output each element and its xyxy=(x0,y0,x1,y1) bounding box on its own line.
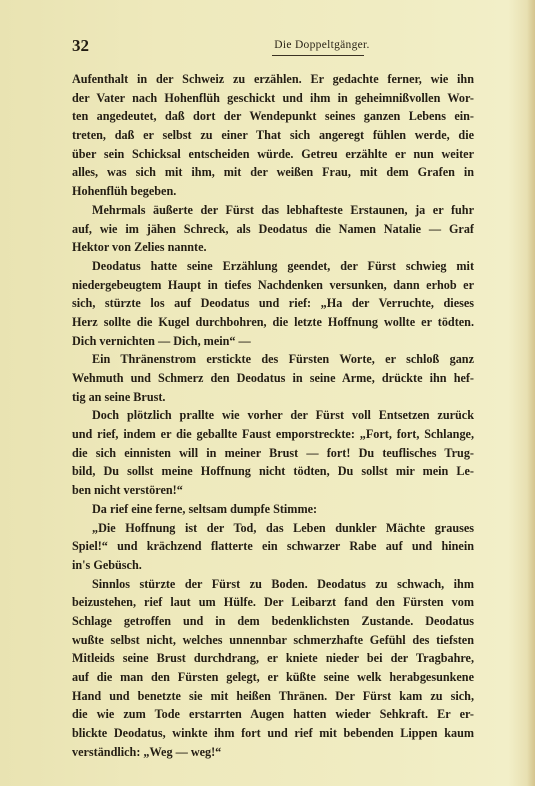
text-line: Spiel!“ und krächzend flatterte ein schw… xyxy=(72,537,474,556)
paragraph-start: „Die Hoffnung ist der Tod, das Leben dun… xyxy=(72,519,474,538)
text-line: verständlich: „Weg — weg!“ xyxy=(72,743,474,762)
text-line: bild, Du sollst meine Hoffnung nicht töd… xyxy=(72,462,474,481)
text-line: die wie zum Tode erstarrten Augen hatten… xyxy=(72,705,474,724)
title-underline xyxy=(272,55,364,56)
text-line: und rief, indem er die geballte Faust em… xyxy=(72,425,474,444)
body-text: Aufenthalt in der Schweiz zu erzählen. E… xyxy=(72,70,474,761)
text-line: beizustehen, rief laut um Hülfe. Der Lei… xyxy=(72,593,474,612)
text-line: Herz sollte die Kugel durchbohren, die l… xyxy=(72,313,474,332)
paragraph-start: Sinnlos stürzte der Fürst zu Boden. Deod… xyxy=(72,575,474,594)
page-number: 32 xyxy=(72,36,89,56)
page-header: 32 Die Doppeltgänger. xyxy=(72,36,472,58)
text-line: Hand und benetzte sie mit heißen Thränen… xyxy=(72,687,474,706)
running-title: Die Doppeltgänger. xyxy=(262,39,382,51)
paragraph-start: Deodatus hatte seine Erzählung geendet, … xyxy=(72,257,474,276)
text-line: über sein Schicksal entscheiden würde. G… xyxy=(72,145,474,164)
text-line: wußte selbst nicht, welches unnennbar sc… xyxy=(72,631,474,650)
text-line: auf, wie im jähen Schreck, als Deodatus … xyxy=(72,220,474,239)
paragraph-start: Ein Thränenstrom erstickte des Fürsten W… xyxy=(72,350,474,369)
paragraph-start: Doch plötzlich prallte wie vorher der Fü… xyxy=(72,406,474,425)
text-line: Hektor von Zelies nannte. xyxy=(72,238,474,257)
text-line: ten angedeutet, daß dort der Wendepunkt … xyxy=(72,107,474,126)
text-line: blickte Deodatus, winkte ihm fort und ri… xyxy=(72,724,474,743)
text-line: sich, stürzte los auf Deodatus und rief:… xyxy=(72,294,474,313)
text-line: Mitleids seine Brust durchdrang, er knie… xyxy=(72,649,474,668)
text-line: der Vater nach Hohenflüh geschickt und i… xyxy=(72,89,474,108)
text-line: ben nicht verstören!“ xyxy=(72,481,474,500)
text-line: tig an seine Brust. xyxy=(72,388,474,407)
text-line: Dich vernichten — Dich, mein“ — xyxy=(72,332,474,351)
paragraph-start: Da rief eine ferne, seltsam dumpfe Stimm… xyxy=(72,500,474,519)
text-line: die sich einnisten will in meiner Brust … xyxy=(72,444,474,463)
text-line: treten, daß er selbst zu einer That sich… xyxy=(72,126,474,145)
text-line: auf die man den Fürsten gelegt, er küßte… xyxy=(72,668,474,687)
text-line: in's Gebüsch. xyxy=(72,556,474,575)
text-line: Schlage getroffen und in dem bedenklichs… xyxy=(72,612,474,631)
text-line: Aufenthalt in der Schweiz zu erzählen. E… xyxy=(72,70,474,89)
text-line: Wehmuth und Schmerz den Deodatus in sein… xyxy=(72,369,474,388)
text-line: Hohenflüh begeben. xyxy=(72,182,474,201)
page-edge-shadow xyxy=(527,0,535,786)
text-line: alles, was sich mit ihm, mit der weißen … xyxy=(72,163,474,182)
text-line: niedergebeugtem Haupt in tiefes Nachdenk… xyxy=(72,276,474,295)
paragraph-start: Mehrmals äußerte der Fürst das lebhaftes… xyxy=(72,201,474,220)
